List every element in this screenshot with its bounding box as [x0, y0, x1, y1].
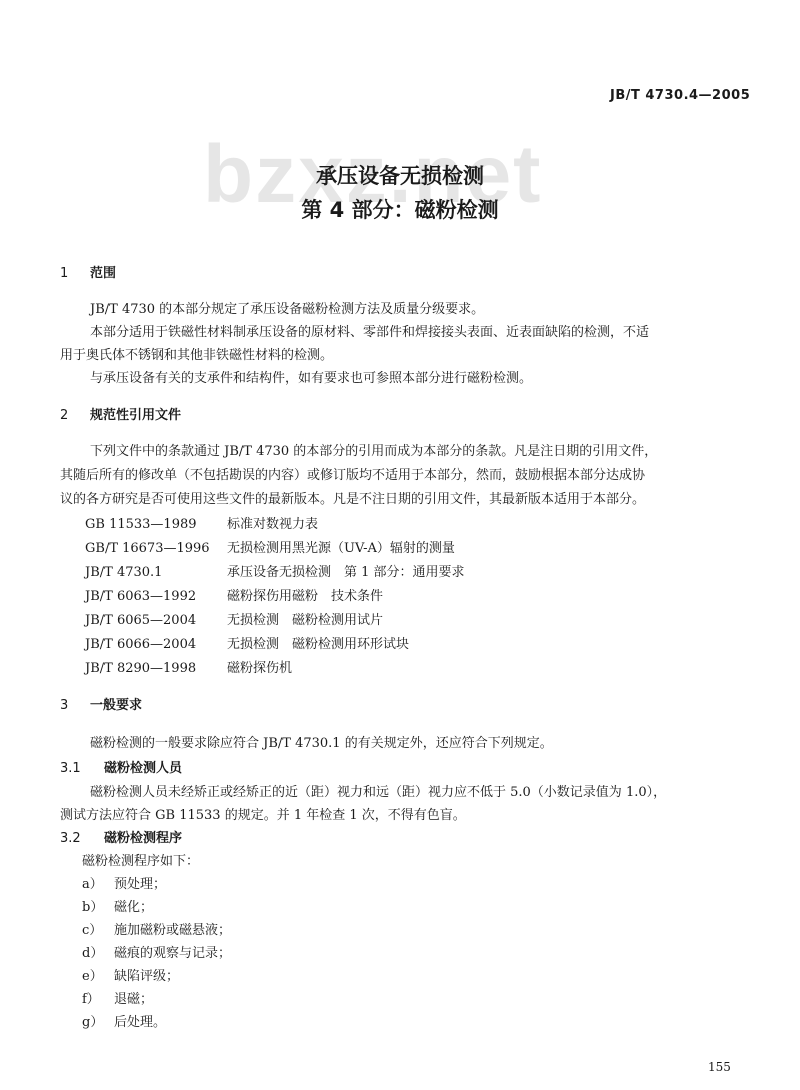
section-1-para-3: 与承压设备有关的支承件和结构件，如有要求也可参照本部分进行磁粉检测。	[90, 367, 532, 386]
section-2-para-1: 下列文件中的条款通过 JB/T 4730 的本部分的引用而成为本部分的条款。凡是…	[90, 440, 657, 459]
reference-item: JB/T 6065—2004无损检测 磁粉检测用试片	[85, 609, 383, 628]
section-1-para-2-cont: 用于奥氏体不锈钢和其他非铁磁性材料的检测。	[60, 344, 333, 363]
procedure-step: a）预处理；	[82, 873, 166, 892]
procedure-step: b）磁化；	[82, 896, 153, 915]
section-3-2-intro: 磁粉检测程序如下：	[82, 850, 199, 869]
procedure-step: e）缺陷评级；	[82, 965, 179, 984]
reference-item: JB/T 4730.1承压设备无损检测 第 1 部分：通用要求	[85, 561, 465, 580]
reference-item: GB/T 16673—1996无损检测用黑光源（UV-A）辐射的测量	[85, 537, 455, 556]
section-3-heading: 3一般要求	[60, 694, 142, 713]
document-subtitle: 第 4 部分：磁粉检测	[0, 194, 800, 224]
reference-item: GB 11533—1989标准对数视力表	[85, 513, 318, 532]
section-3-1-para-2: 测试方法应符合 GB 11533 的规定。并 1 年检查 1 次，不得有色盲。	[60, 804, 466, 823]
section-3-1-para-1: 磁粉检测人员未经矫正或经矫正的近（距）视力和远（距）视力应不低于 5.0（小数记…	[90, 781, 666, 800]
section-3-1-heading: 3.1磁粉检测人员	[60, 757, 182, 776]
section-1-para-1: JB/T 4730 的本部分规定了承压设备磁粉检测方法及质量分级要求。	[90, 298, 484, 317]
section-1-para-2: 本部分适用于铁磁性材料制承压设备的原材料、零部件和焊接接头表面、近表面缺陷的检测…	[90, 321, 649, 340]
page-number: 155	[708, 1060, 731, 1074]
section-2-heading: 2规范性引用文件	[60, 404, 181, 423]
document-title: 承压设备无损检测	[0, 160, 800, 190]
section-3-para-1: 磁粉检测的一般要求除应符合 JB/T 4730.1 的有关规定外，还应符合下列规…	[90, 732, 553, 751]
standard-code: JB/T 4730.4—2005	[610, 88, 750, 103]
section-1-heading: 1范围	[60, 262, 116, 281]
section-3-2-heading: 3.2磁粉检测程序	[60, 827, 182, 846]
section-2-para-2: 其随后所有的修改单（不包括勘误的内容）或修订版均不适用于本部分，然而，鼓励根据本…	[60, 464, 645, 483]
reference-item: JB/T 8290—1998磁粉探伤机	[85, 657, 292, 676]
procedure-step: g）后处理。	[82, 1011, 166, 1030]
procedure-step: f）退磁；	[82, 988, 153, 1007]
reference-item: JB/T 6063—1992磁粉探伤用磁粉 技术条件	[85, 585, 383, 604]
procedure-step: c）施加磁粉或磁悬液；	[82, 919, 231, 938]
procedure-step: d）磁痕的观察与记录；	[82, 942, 231, 961]
section-2-para-3: 议的各方研究是否可使用这些文件的最新版本。凡是不注日期的引用文件，其最新版本适用…	[60, 488, 645, 507]
reference-item: JB/T 6066—2004无损检测 磁粉检测用环形试块	[85, 633, 409, 652]
